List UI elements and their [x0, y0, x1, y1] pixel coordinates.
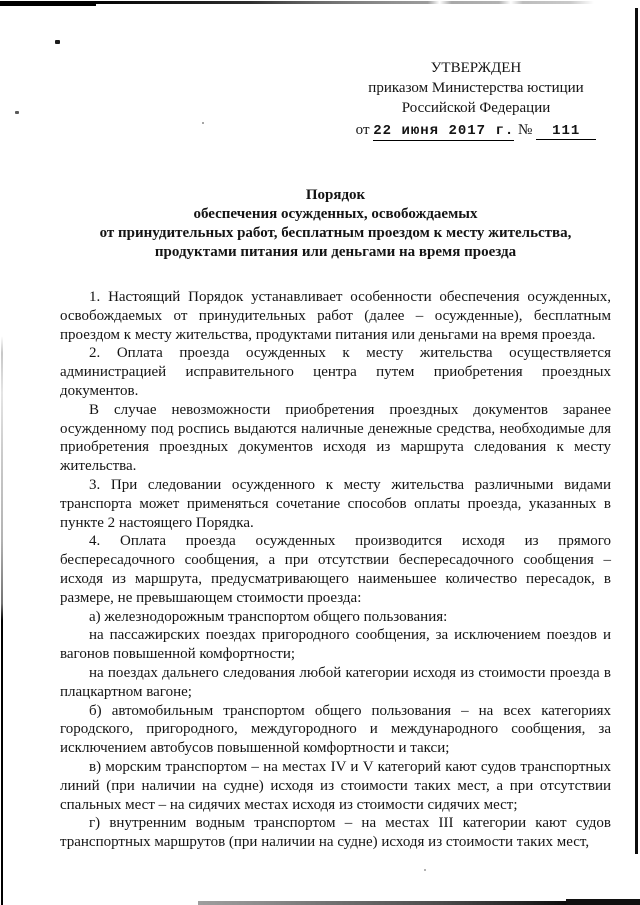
- approval-stamp-block: УТВЕРЖДЕН приказом Министерства юстиции …: [350, 58, 602, 141]
- approval-date-value: 22 июня 2017 г.: [373, 123, 514, 141]
- paragraph: В случае невозможности приобретения прое…: [60, 401, 611, 476]
- document-page: УТВЕРЖДЕН приказом Министерства юстиции …: [0, 0, 640, 905]
- approval-by-line1: приказом Министерства юстиции: [350, 78, 602, 98]
- title-line: Порядок: [60, 186, 611, 205]
- paragraph: б) автомобильным транспортом общего поль…: [60, 702, 611, 758]
- approval-date-line: от 22 июня 2017 г. № 111: [350, 120, 602, 141]
- paragraph: г) внутренним водным транспортом – на ме…: [60, 814, 611, 852]
- paragraph: на поездах дальнего следования любой кат…: [60, 664, 611, 702]
- ink-speck: [424, 869, 426, 871]
- paragraph: 2. Оплата проезда осужденных к месту жит…: [60, 344, 611, 400]
- scan-artifact-bottom-edge-dark: [566, 899, 640, 905]
- approval-number-sign: №: [518, 122, 532, 138]
- scan-artifact-left-edge: [1, 336, 3, 905]
- approval-status: УТВЕРЖДЕН: [350, 58, 602, 78]
- ink-speck: [15, 111, 19, 114]
- title-line: обеспечения осужденных, освобождаемых: [60, 205, 611, 224]
- scan-artifact-top-edge-dark: [0, 1, 96, 6]
- scan-artifact-right-edge: [635, 8, 638, 854]
- paragraph: 1. Настоящий Порядок устанавливает особе…: [60, 288, 611, 344]
- document-content: УТВЕРЖДЕН приказом Министерства юстиции …: [60, 58, 611, 852]
- paragraph: в) морским транспортом – на местах IV и …: [60, 758, 611, 814]
- title-line: продуктами питания или деньгами на время…: [60, 243, 611, 262]
- paragraph: на пассажирских поездах пригородного соо…: [60, 626, 611, 664]
- title-line: от принудительных работ, бесплатным прое…: [60, 224, 611, 243]
- approval-date-prefix: от: [356, 122, 370, 138]
- paragraph: а) железнодорожным транспортом общего по…: [60, 608, 611, 627]
- document-title: Порядок обеспечения осужденных, освобожд…: [60, 186, 611, 262]
- paragraph: 4. Оплата проезда осужденных производитс…: [60, 532, 611, 607]
- approval-number-value: 111: [536, 123, 596, 140]
- approval-by-line2: Российской Федерации: [350, 98, 602, 118]
- paragraph: 3. При следовании осужденного к месту жи…: [60, 476, 611, 532]
- ink-speck: [55, 40, 60, 44]
- document-body: 1. Настоящий Порядок устанавливает особе…: [60, 288, 611, 852]
